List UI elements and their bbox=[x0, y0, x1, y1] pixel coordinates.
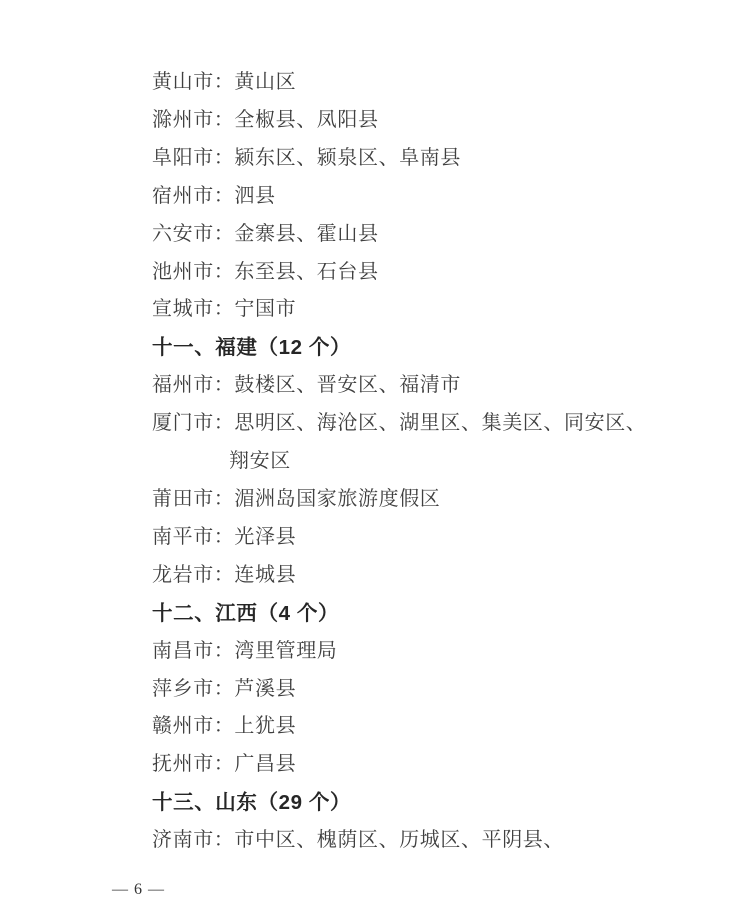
entry-line: 翔安区 bbox=[152, 443, 712, 481]
section-heading: 十一、福建（12 个） bbox=[152, 329, 712, 367]
document-lines: 黄山市：黄山区滁州市：全椒县、凤阳县阜阳市：颍东区、颍泉区、阜南县宿州市：泗县六… bbox=[152, 64, 712, 860]
entry-line: 济南市：市中区、槐荫区、历城区、平阴县、 bbox=[152, 822, 712, 860]
page-number: — 6 — bbox=[112, 881, 165, 898]
entry-line: 六安市：金寨县、霍山县 bbox=[152, 216, 712, 254]
entry-line: 宣城市：宁国市 bbox=[152, 291, 712, 329]
entry-line: 萍乡市：芦溪县 bbox=[152, 671, 712, 709]
section-heading: 十三、山东（29 个） bbox=[152, 784, 712, 822]
entry-line: 抚州市：广昌县 bbox=[152, 746, 712, 784]
entry-line: 龙岩市：连城县 bbox=[152, 557, 712, 595]
section-heading: 十二、江西（4 个） bbox=[152, 595, 712, 633]
entry-line: 南平市：光泽县 bbox=[152, 519, 712, 557]
page-footer: — 6 — bbox=[112, 881, 165, 899]
document-page: 黄山市：黄山区滁州市：全椒县、凤阳县阜阳市：颍东区、颍泉区、阜南县宿州市：泗县六… bbox=[0, 0, 750, 911]
entry-line: 赣州市：上犹县 bbox=[152, 708, 712, 746]
entry-line: 莆田市：湄洲岛国家旅游度假区 bbox=[152, 481, 712, 519]
entry-line: 池州市：东至县、石台县 bbox=[152, 254, 712, 292]
entry-line: 南昌市：湾里管理局 bbox=[152, 633, 712, 671]
entry-line: 厦门市：思明区、海沧区、湖里区、集美区、同安区、 bbox=[152, 405, 712, 443]
entry-line: 阜阳市：颍东区、颍泉区、阜南县 bbox=[152, 140, 712, 178]
entry-line: 黄山市：黄山区 bbox=[152, 64, 712, 102]
entry-line: 滁州市：全椒县、凤阳县 bbox=[152, 102, 712, 140]
entry-line: 宿州市：泗县 bbox=[152, 178, 712, 216]
entry-line: 福州市：鼓楼区、晋安区、福清市 bbox=[152, 367, 712, 405]
